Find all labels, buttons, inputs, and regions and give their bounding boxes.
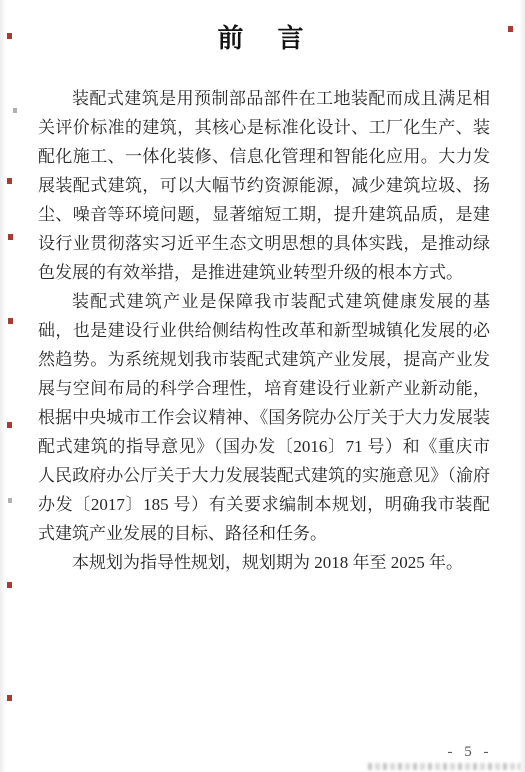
page-edge-shadow-left — [0, 0, 6, 772]
scan-artifact-mark — [7, 695, 12, 701]
body-paragraph: 装配式建筑产业是保障我市装配式建筑健康发展的基础，也是建设行业供给侧结构性改革和… — [38, 287, 490, 548]
scan-artifact-mark — [7, 178, 12, 184]
document-page: 前 言 装配式建筑是用预制部品部件在工地装配而成且满足相关评价标准的建筑，其核心… — [0, 0, 525, 772]
page-title: 前 言 — [0, 18, 525, 55]
body-paragraph: 装配式建筑是用预制部品部件在工地装配而成且满足相关评价标准的建筑，其核心是标准化… — [38, 84, 490, 287]
scan-artifact-mark — [8, 318, 13, 324]
scan-artifact-mark — [7, 582, 12, 588]
body-paragraph: 本规划为指导性规划，规划期为 2018 年至 2025 年。 — [38, 548, 490, 577]
preface-body: 装配式建筑是用预制部品部件在工地装配而成且满足相关评价标准的建筑，其核心是标准化… — [38, 84, 490, 577]
page-number: - 5 - — [438, 744, 502, 761]
scan-artifact-mark — [7, 33, 12, 39]
scan-artifact-mark — [508, 26, 513, 32]
scan-artifact-mark — [8, 498, 12, 503]
scan-artifact-mark — [8, 234, 13, 240]
scan-artifact-mark — [7, 422, 12, 428]
page-edge-shadow-right — [519, 0, 525, 772]
scan-artifact-mark — [13, 108, 17, 113]
bottom-watermark-blur — [368, 763, 520, 770]
